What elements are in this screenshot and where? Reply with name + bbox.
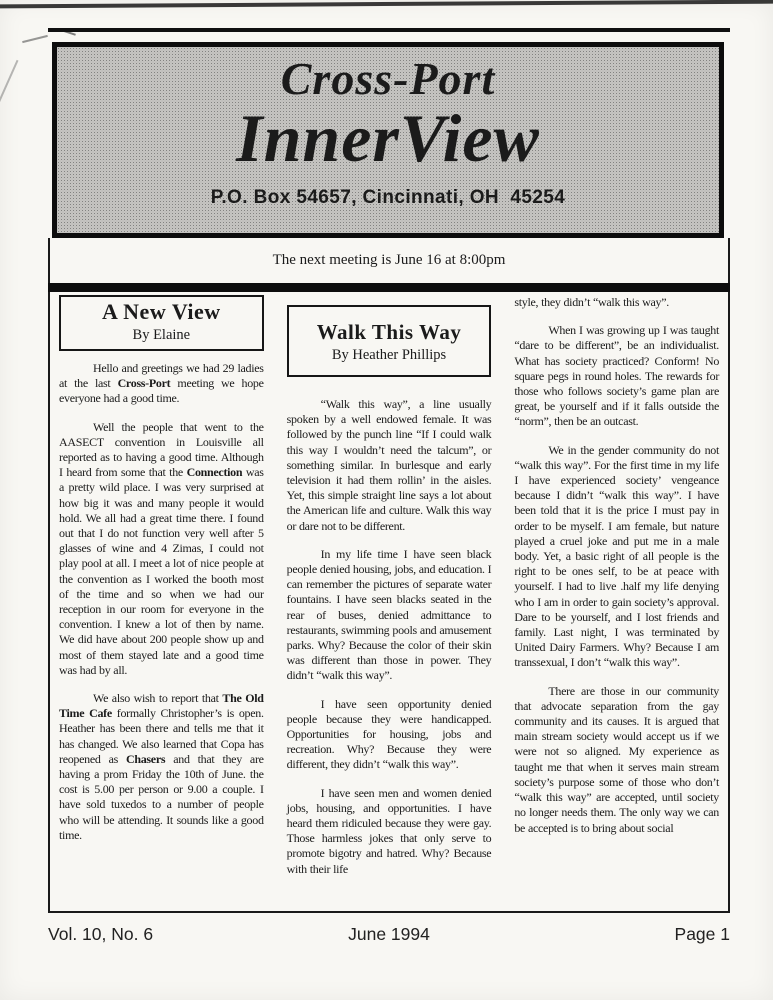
paragraph: When I was growing up I was taught “dare…: [514, 323, 719, 429]
article-byline: By Heather Phillips: [289, 347, 490, 364]
paragraph: Hello and greetings we had 29 ladies at …: [59, 361, 264, 407]
scan-edge-artifact: [0, 0, 773, 8]
column-3: style, they didn’t “walk this way”.When …: [514, 295, 719, 908]
paragraph: “Walk this way”, a line usually spoken b…: [287, 397, 492, 534]
divider-bar: [48, 283, 730, 292]
paragraph: I have seen men and women denied jobs, h…: [287, 786, 492, 877]
masthead-top-rule: [48, 28, 730, 32]
article-title-box-walk-this-way: Walk This Way By Heather Phillips: [287, 305, 492, 377]
paragraph: I have seen opportunity denied people be…: [287, 697, 492, 773]
footer-date: June 1994: [275, 924, 502, 945]
article-text-column-1: Hello and greetings we had 29 ladies at …: [59, 361, 264, 843]
article-title: Walk This Way: [289, 320, 490, 345]
paragraph: In my life time I have seen black people…: [287, 547, 492, 684]
column-1: A New View By Elaine Hello and greetings…: [59, 295, 264, 908]
masthead-address: P.O. Box 54657, Cincinnati, OH 45254: [57, 187, 719, 209]
paragraph: style, they didn’t “walk this way”.: [514, 295, 719, 310]
article-text-column-3: style, they didn’t “walk this way”.When …: [514, 295, 719, 836]
footer-page-number: Page 1: [503, 924, 730, 945]
pen-mark: [0, 60, 18, 108]
paragraph: Well the people that went to the AASECT …: [59, 420, 264, 678]
article-byline: By Elaine: [61, 327, 262, 344]
masthead: Cross-Port InnerView P.O. Box 54657, Cin…: [52, 42, 724, 238]
meeting-notice: The next meeting is June 16 at 8:00pm: [50, 238, 728, 283]
paragraph: We in the gender community do not “walk …: [514, 443, 719, 671]
newsletter-page: Cross-Port InnerView P.O. Box 54657, Cin…: [0, 0, 773, 1000]
article-title-box-a-new-view: A New View By Elaine: [59, 295, 264, 351]
column-2: Walk This Way By Heather Phillips “Walk …: [287, 295, 492, 908]
page-body-frame: The next meeting is June 16 at 8:00pm A …: [48, 238, 730, 913]
article-title: A New View: [61, 299, 262, 325]
page-footer: Vol. 10, No. 6 June 1994 Page 1: [48, 924, 730, 945]
newsletter-title-line1: Cross-Port: [57, 56, 719, 103]
pen-mark: [22, 35, 48, 43]
newsletter-title-line2: InnerView: [57, 104, 719, 172]
paragraph: There are those in our community that ad…: [514, 684, 719, 836]
columns-container: A New View By Elaine Hello and greetings…: [50, 292, 728, 908]
footer-volume: Vol. 10, No. 6: [48, 924, 275, 945]
paragraph: We also wish to report that The Old Time…: [59, 691, 264, 843]
article-text-column-2: “Walk this way”, a line usually spoken b…: [287, 397, 492, 877]
